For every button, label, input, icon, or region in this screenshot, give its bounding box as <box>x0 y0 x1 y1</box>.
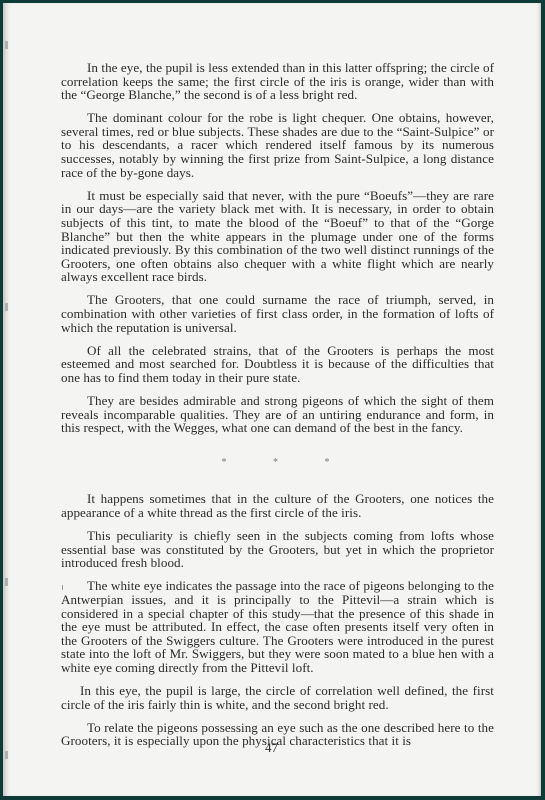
paragraph: It happens sometimes that in the culture… <box>61 492 494 519</box>
print-mark <box>62 585 63 590</box>
paragraph: In the eye, the pupil is less extended t… <box>61 61 494 102</box>
binding-edge <box>5 3 9 796</box>
paragraph: In this eye, the pupil is large, the cir… <box>61 684 494 711</box>
paragraph: The white eye indicates the passage into… <box>61 579 494 674</box>
page-body-text: In the eye, the pupil is less extended t… <box>61 61 494 757</box>
paragraph: It must be especially said that never, w… <box>61 189 494 284</box>
paragraph: The Grooters, that one could surname the… <box>61 293 494 334</box>
page-number: 47 <box>3 740 540 756</box>
section-separator: * * * <box>79 456 494 470</box>
paragraph: Of all the celebrated strains, that of t… <box>61 344 494 385</box>
paragraph: This peculiarity is chiefly seen in the … <box>61 529 494 570</box>
book-page: In the eye, the pupil is less extended t… <box>3 3 541 796</box>
paragraph: The dominant colour for the robe is ligh… <box>61 111 494 179</box>
paragraph: They are besides admirable and strong pi… <box>61 394 494 435</box>
